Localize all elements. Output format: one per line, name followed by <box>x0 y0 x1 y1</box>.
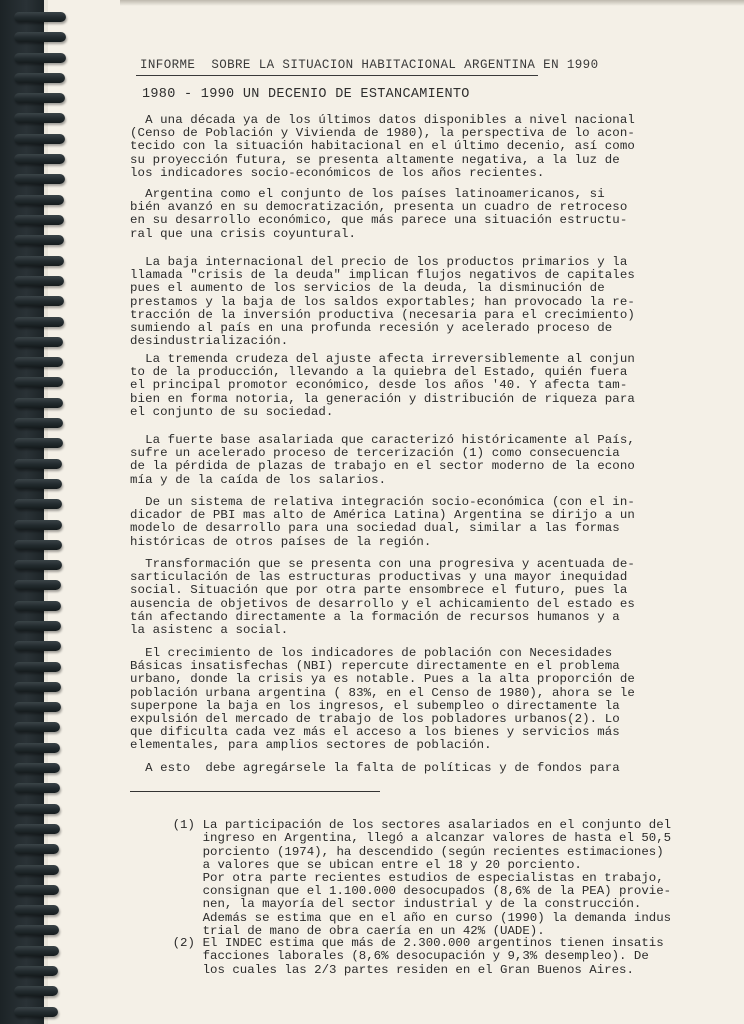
binding-coil <box>14 885 59 895</box>
paragraph: El crecimiento de los indicadores de pob… <box>130 647 720 753</box>
page-top-edge <box>120 0 744 6</box>
binding-coil <box>14 621 61 631</box>
binding-coil <box>14 377 63 387</box>
footnote-text: El INDEC estima que más de 2.300.000 arg… <box>203 937 664 977</box>
binding-coil <box>14 357 63 367</box>
binding-coil <box>14 73 65 83</box>
binding-coil <box>14 520 62 530</box>
binding-coil <box>14 438 63 448</box>
binding-coil <box>14 317 64 327</box>
footnote-2: (2)El INDEC estima que más de 2.300.000 … <box>128 924 728 990</box>
binding-coil <box>14 276 64 286</box>
binding-coil <box>14 905 59 915</box>
document-header: INFORMESOBRE LA SITUACION HABITACIONAL A… <box>140 58 548 72</box>
paragraph: Transformación que se presenta con una p… <box>130 558 720 637</box>
binding-coil <box>14 459 62 469</box>
binding-coil <box>14 337 63 347</box>
footnote-rule <box>130 791 380 792</box>
binding-coil <box>14 824 60 834</box>
binding-coil <box>14 925 59 935</box>
binding-coil <box>14 966 58 976</box>
binding-coil <box>14 215 64 225</box>
binding-coil <box>14 844 59 854</box>
binding-coil <box>14 195 64 205</box>
paragraph: La baja internacional del precio de los … <box>130 256 720 348</box>
binding-coil <box>14 722 60 732</box>
binding-coil <box>14 113 65 123</box>
binding-coil <box>14 783 60 793</box>
binding-coil <box>14 540 62 550</box>
paragraph: La tremenda crudeza del ajuste afecta ir… <box>130 353 720 419</box>
binding-coil <box>14 418 63 428</box>
header-title: SOBRE LA SITUACION HABITACIONAL ARGENTIN… <box>211 58 598 72</box>
binding-coil <box>14 296 64 306</box>
binding-coil <box>14 743 60 753</box>
binding-coil <box>14 946 59 956</box>
section-title: 1980 - 1990 UN DECENIO DE ESTANCAMIENTO <box>142 87 470 102</box>
binding-coil <box>14 804 60 814</box>
paragraph: Argentina como el conjunto de los países… <box>130 188 720 241</box>
binding-coil <box>14 560 62 570</box>
binding-coil <box>14 662 61 672</box>
paragraph: De un sistema de relativa integración so… <box>130 496 720 549</box>
binding-coil <box>14 702 61 712</box>
binding-coil <box>14 580 61 590</box>
binding-coil <box>14 865 59 875</box>
scanned-page: INFORMESOBRE LA SITUACION HABITACIONAL A… <box>0 0 744 1024</box>
binding-coil <box>14 53 66 63</box>
binding-coil <box>14 986 58 996</box>
binding-coil <box>14 235 64 245</box>
binding-coil <box>14 479 62 489</box>
header-rule <box>136 75 538 76</box>
footnote-number: (1) <box>173 819 203 832</box>
binding-coil <box>14 499 62 509</box>
binding-coil <box>14 93 65 103</box>
binding-coil <box>14 682 61 692</box>
binding-coil <box>14 32 66 42</box>
binding-coil <box>14 1007 58 1017</box>
binding-coil <box>14 641 61 651</box>
binding-coil <box>14 154 65 164</box>
paragraph: A esto debe agregársele la falta de polí… <box>130 762 720 775</box>
header-word-informe: INFORME <box>140 58 195 72</box>
binding-coil <box>14 174 65 184</box>
binding-coil <box>14 134 65 144</box>
binding-coil <box>14 601 61 611</box>
binding-coil <box>14 12 66 22</box>
paragraph: La fuerte base asalariada que caracteriz… <box>130 434 720 487</box>
footnote-number: (2) <box>173 937 203 950</box>
binding-coil <box>14 763 60 773</box>
paragraph: A una década ya de los últimos datos dis… <box>130 114 720 180</box>
binding-coil <box>14 398 63 408</box>
footnote-text: La participación de los sectores asalari… <box>203 819 671 938</box>
binding-coil <box>14 256 64 266</box>
